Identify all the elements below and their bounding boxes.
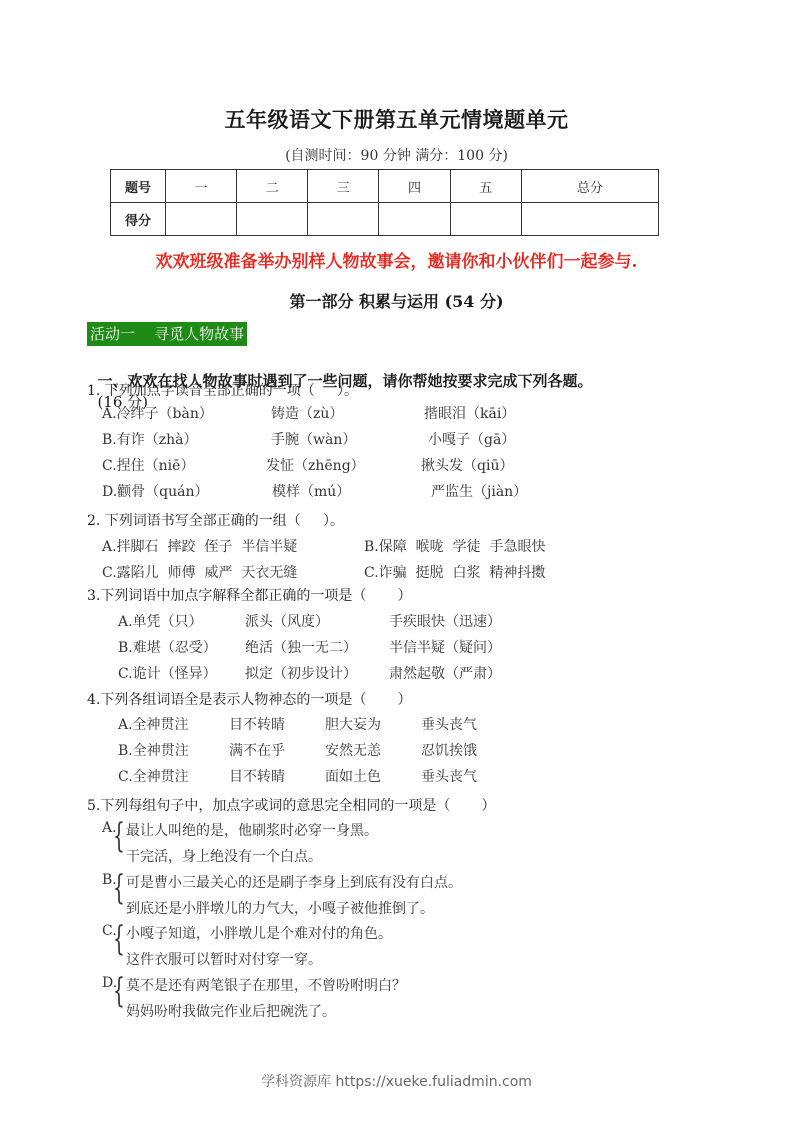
- part-heading: 第一部分 积累与运用 (54 分): [0, 289, 793, 312]
- q3-option-a1: A.单凭（只）: [118, 611, 203, 631]
- score-input-2[interactable]: [237, 203, 308, 236]
- q4-option-b3: 安然无恙: [325, 740, 381, 760]
- q1-option-b3: 小嘎子（gā）: [428, 429, 515, 449]
- q5-option-d-sentence-1: 莫不是还有两笔银子在那里，不曾吩咐明白？: [126, 975, 406, 995]
- q3-stem: 3.下列词语中加点字解释全都正确的一项是（ ）: [87, 585, 412, 605]
- brace-icon: {: [113, 871, 125, 905]
- score-table-header-row: 题号 一 二 三 四 五 总分: [111, 170, 659, 203]
- q1-option-a3: 揩眼泪（kāi）: [424, 403, 515, 423]
- footer-watermark: 学科资源库 https://xueke.fuliadmin.com: [0, 1071, 793, 1091]
- q4-stem: 4.下列各组词语全是表示人物神态的一项是（ ）: [87, 689, 412, 709]
- q4-option-b2: 满不在乎: [229, 740, 285, 760]
- q3-option-c3: 肃然起敬（严肃）: [389, 663, 501, 683]
- q5-option-a-sentence-2: 干完活，身上绝没有一个白点。: [126, 846, 322, 866]
- q3-option-a3: 手疾眼快（迅速）: [389, 611, 501, 631]
- brace-icon: {: [113, 922, 125, 956]
- q4-option-c2: 目不转睛: [229, 766, 285, 786]
- q5-option-c-sentence-1: 小嘎子知道，小胖墩儿是个难对付的角色。: [126, 923, 392, 943]
- q4-option-c4: 垂头丧气: [421, 766, 477, 786]
- q5-option-a-sentence-1: 最让人叫绝的是，他刷浆时必穿一身黑。: [126, 820, 378, 840]
- q1-option-c1: C.捏住（niē）: [102, 455, 194, 475]
- cell-section-4: 四: [379, 170, 450, 203]
- q1-option-d3: 严监生（jiàn）: [431, 481, 527, 501]
- q5-option-c-sentence-2: 这件衣服可以暂时对付穿一穿。: [126, 949, 322, 969]
- q4-option-c1: C.全神贯注: [118, 766, 189, 786]
- q3-option-c1: C.诡计（怪异）: [118, 663, 217, 683]
- q1-option-b2: 手腕（wàn）: [271, 429, 356, 449]
- q1-option-b1: B.有诈（zhà）: [102, 429, 197, 449]
- brace-icon: {: [113, 819, 125, 853]
- score-input-5[interactable]: [450, 203, 521, 236]
- score-table: 题号 一 二 三 四 五 总分 得分: [110, 169, 659, 236]
- q3-option-a2: 派头（风度）: [245, 611, 329, 631]
- q4-option-a4: 垂头丧气: [421, 714, 477, 734]
- q2-option-c: C.露陷儿 师傅 威严 天衣无缝: [102, 562, 297, 582]
- score-table-score-row: 得分: [111, 203, 659, 236]
- page-title: 五年级语文下册第五单元情境题单元: [0, 104, 793, 134]
- q2-option-b: B.保障 喉咙 学徒 手急眼快: [364, 536, 545, 556]
- q1-option-a1: A.冷绊子（bàn）: [102, 403, 213, 423]
- exam-info: (自测时间：90 分钟 满分：100 分): [0, 145, 793, 165]
- score-input-3[interactable]: [308, 203, 379, 236]
- q3-option-b1: B.难堪（忍受）: [118, 637, 217, 657]
- cell-section-2: 二: [237, 170, 308, 203]
- q3-option-b3: 半信半疑（疑问）: [389, 637, 501, 657]
- q4-option-b4: 忍饥挨饿: [421, 740, 477, 760]
- cell-section-1: 一: [166, 170, 237, 203]
- q2-option-a: A.拌脚石 摔跤 侄子 半信半疑: [102, 536, 297, 556]
- q1-option-d2: 模样（mú）: [272, 481, 350, 501]
- cell-section-3: 三: [308, 170, 379, 203]
- q4-option-a2: 目不转睛: [229, 714, 285, 734]
- q5-stem: 5.下列每组句子中，加点字或词的意思完全相同的一项是（ ）: [87, 795, 496, 815]
- q1-option-a2: 铸造（zù）: [271, 403, 343, 423]
- q5-option-d-sentence-2: 妈妈吩咐我做完作业后把碗洗了。: [126, 1001, 336, 1021]
- q5-option-b-sentence-2: 到底还是小胖墩儿的力气大，小嘎子被他推倒了。: [126, 898, 434, 918]
- q4-option-b1: B.全神贯注: [118, 740, 189, 760]
- cell-label-question-no: 题号: [111, 170, 166, 203]
- score-input-4[interactable]: [379, 203, 450, 236]
- q1-option-c2: 发怔（zhēng）: [266, 455, 365, 475]
- q1-option-d1: D.颧骨（quán）: [102, 481, 209, 501]
- q4-option-a1: A.全神贯注: [118, 714, 189, 734]
- score-input-1[interactable]: [166, 203, 237, 236]
- q2-stem: 2. 下列词语书写全部正确的一组（ ）。: [87, 510, 344, 530]
- activity-label: 活动一 寻觅人物故事: [87, 322, 247, 346]
- cell-total: 总分: [521, 170, 658, 203]
- q4-option-a3: 胆大妄为: [325, 714, 381, 734]
- q1-option-c3: 揪头发（qiū）: [421, 455, 513, 475]
- q2-option-c2: C.诈骗 挺脱 白浆 精神抖擞: [364, 562, 545, 582]
- invitation-banner: 欢欢班级准备举办别样人物故事会，邀请你和小伙伴们一起参与.: [0, 247, 793, 272]
- cell-label-score: 得分: [111, 203, 166, 236]
- q3-option-b2: 绝活（独一无二）: [245, 637, 357, 657]
- brace-icon: {: [113, 974, 125, 1008]
- q3-option-c2: 拟定（初步设计）: [245, 663, 357, 683]
- score-input-total[interactable]: [521, 203, 658, 236]
- q4-option-c3: 面如土色: [325, 766, 381, 786]
- q5-option-b-sentence-1: 可是曹小三最关心的还是刷子李身上到底有没有白点。: [126, 872, 462, 892]
- cell-section-5: 五: [450, 170, 521, 203]
- q1-stem: 1. 下列加点字读音全部正确的一项（ ）。: [87, 380, 358, 400]
